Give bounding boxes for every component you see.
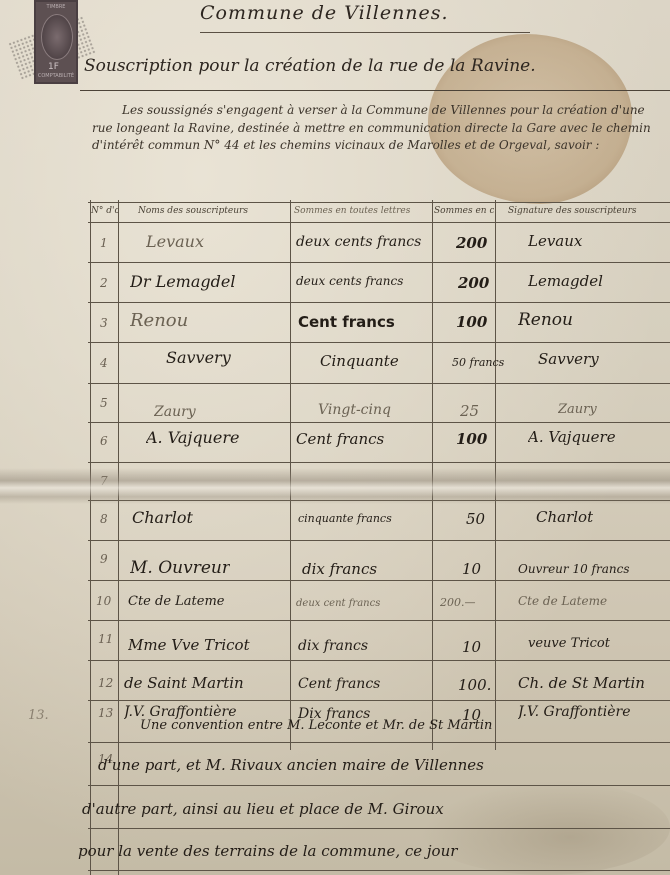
stamp-portrait-icon <box>41 14 73 60</box>
row-divider <box>88 828 670 829</box>
amount-words: Cent francs <box>296 430 384 448</box>
footer-line-2: d'une part, et M. Rivaux ancien maire de… <box>98 756 484 774</box>
row-divider <box>88 660 670 661</box>
amount-words: Cent francs <box>298 313 395 331</box>
document-subtitle: Souscription pour la création de la rue … <box>84 56 536 76</box>
amount-figures: 200 <box>458 274 489 292</box>
row-divider <box>88 580 670 581</box>
row-divider <box>88 383 670 384</box>
header-signatures: Signature des souscripteurs <box>508 206 668 216</box>
amount-figures: 100. <box>458 676 491 694</box>
row-divider <box>88 222 670 223</box>
document-title: Commune de Villennes. <box>200 2 449 24</box>
amount-words: Cinquante <box>320 352 399 370</box>
footer-line-3: d'autre part, ainsi au lieu et place de … <box>82 800 444 818</box>
row-number: 1 <box>100 236 108 250</box>
header-number: N° d'ordre <box>91 206 118 216</box>
subscriber-name: Levaux <box>146 232 204 251</box>
paper-fold-crease <box>0 468 670 504</box>
subtitle-rule <box>80 90 670 91</box>
row-number: 10 <box>96 594 111 608</box>
footer-line-1: Une convention entre M. Leconte et Mr. d… <box>140 718 492 733</box>
subscriber-name: M. Ouvreur <box>130 558 230 578</box>
row-number: 9 <box>100 552 108 566</box>
row-divider <box>88 202 670 203</box>
row-number: 8 <box>100 512 108 526</box>
row-number: 12 <box>98 676 113 690</box>
row-divider <box>88 870 670 871</box>
subscriber-signature: Lemagdel <box>528 272 603 290</box>
row-divider <box>88 422 670 423</box>
subscriber-signature: Savvery <box>538 350 599 368</box>
amount-words: dix francs <box>298 638 368 654</box>
row-number: 2 <box>100 276 108 290</box>
row-divider <box>88 620 670 621</box>
subscriber-signature: Levaux <box>528 232 582 250</box>
subscriber-signature: Renou <box>518 310 573 330</box>
stamp-top-text: TIMBRE <box>36 4 76 10</box>
stamp-bottom-text: COMPTABILITÉ <box>36 73 76 79</box>
subscriber-signature: Cte de Lateme <box>518 594 607 608</box>
subscriber-name: de Saint Martin <box>124 674 244 692</box>
header-amount-figures: Sommes en chiffres <box>434 206 494 216</box>
row-divider <box>88 462 670 463</box>
subscriber-signature: Ch. de St Martin <box>518 674 645 692</box>
row-divider <box>88 700 670 701</box>
row-divider <box>88 302 670 303</box>
subscriber-signature: A. Vajquere <box>528 428 616 446</box>
subscriber-signature: Charlot <box>536 508 593 526</box>
margin-note: 13. <box>28 708 49 723</box>
row-number: 5 <box>100 396 108 410</box>
amount-words: deux cents francs <box>296 234 421 250</box>
amount-words: deux cent francs <box>296 598 380 609</box>
amount-words: cinquante francs <box>298 512 392 525</box>
amount-figures: 50 <box>466 510 485 528</box>
row-number: 3 <box>100 316 108 330</box>
amount-words: Vingt-cinq <box>318 402 391 418</box>
amount-figures: 50 francs <box>452 356 504 369</box>
subscriber-signature: Zaury <box>558 402 597 417</box>
row-number: 6 <box>100 434 108 448</box>
row-divider <box>88 785 670 786</box>
row-number: 11 <box>98 632 113 646</box>
subscriber-name: Cte de Lateme <box>128 594 224 609</box>
amount-figures: 10 <box>462 638 481 656</box>
revenue-stamp: TIMBRE 1F COMPTABILITÉ <box>34 0 78 84</box>
row-divider <box>88 342 670 343</box>
subscriber-signature: Ouvreur 10 francs <box>518 562 630 576</box>
stamp-value: 1F <box>48 62 59 72</box>
subscriber-name: Zaury <box>154 404 196 420</box>
subscriber-name: Mme Vve Tricot <box>128 636 250 654</box>
amount-figures: 200.— <box>440 596 476 609</box>
subscriber-name: Renou <box>130 310 188 331</box>
title-underline <box>200 32 530 33</box>
row-divider <box>88 262 670 263</box>
header-amount-words: Sommes en toutes lettres <box>294 206 430 216</box>
preamble-text: Les soussignés s'engagent à verser à la … <box>92 102 667 155</box>
row-divider <box>88 742 670 743</box>
row-number: 4 <box>100 356 108 370</box>
row-number: 13 <box>98 706 113 720</box>
amount-figures: 10 <box>462 560 481 578</box>
subscriber-name: Charlot <box>132 508 193 527</box>
header-names: Noms des souscripteurs <box>138 206 288 216</box>
row-divider <box>88 540 670 541</box>
subscriber-name: A. Vajquere <box>146 428 239 447</box>
amount-figures: 100 <box>456 430 487 448</box>
amount-words: dix francs <box>302 560 377 578</box>
subscriber-name: Savvery <box>166 348 231 367</box>
amount-figures: 200 <box>456 234 487 252</box>
subscriber-name: Dr Lemagdel <box>130 272 235 291</box>
amount-figures: 100 <box>456 313 487 331</box>
amount-words: Cent francs <box>298 676 380 692</box>
subscriber-signature: J.V. Graffontière <box>518 704 631 720</box>
amount-figures: 25 <box>460 402 479 420</box>
subscriber-signature: veuve Tricot <box>528 636 610 651</box>
footer-line-4: pour la vente des terrains de la commune… <box>78 842 457 860</box>
amount-words: deux cents francs <box>296 274 403 288</box>
